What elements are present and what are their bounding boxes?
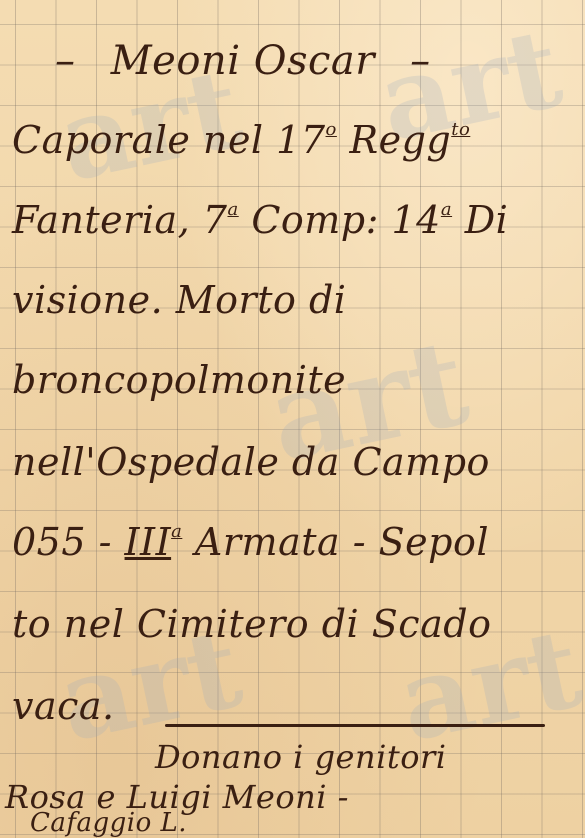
body-line-3: visione. Morto di	[12, 278, 346, 322]
body-line-6: 055 - IIIa Armata - Sepol	[12, 520, 489, 564]
body-line-1: Caporale nel 17o Reggto	[12, 118, 470, 162]
line-text: Comp: 14	[251, 198, 441, 242]
ordinal-superscript: o	[326, 119, 337, 140]
closing-line-1: Donano i genitori	[155, 738, 446, 776]
line-text: Di	[465, 198, 509, 242]
line-text: 055 -	[12, 520, 112, 564]
body-line-2: Fanteria, 7a Comp: 14a Di	[12, 198, 508, 242]
document-page: art art art art art – Meoni Oscar – Capo…	[0, 0, 585, 838]
line-text: Caporale nel 17	[12, 118, 326, 162]
heading-dash-left: –	[55, 38, 76, 84]
ordinal-superscript: a	[227, 199, 238, 220]
heading: – Meoni Oscar –	[55, 38, 431, 84]
ordinal-superscript: a	[171, 521, 182, 542]
closing-line-3: Cafaggio L.	[30, 808, 187, 838]
body-line-8: vaca.	[12, 684, 115, 728]
body-line-7: to nel Cimitero di Scado	[12, 602, 491, 646]
line-text: Fanteria, 7	[12, 198, 227, 242]
body-line-4: broncopolmonite	[12, 358, 346, 402]
heading-dash-right: –	[410, 38, 431, 84]
abbrev-superscript: to	[451, 119, 470, 140]
closing-rule	[165, 724, 545, 727]
line-text: Armata - Sepol	[195, 520, 489, 564]
heading-name: Meoni Oscar	[111, 38, 375, 84]
body-line-5: nell'Ospedale da Campo	[12, 440, 490, 484]
line-text: Regg	[349, 118, 451, 162]
roman-numeral: III	[125, 520, 172, 564]
ordinal-superscript: a	[441, 199, 452, 220]
